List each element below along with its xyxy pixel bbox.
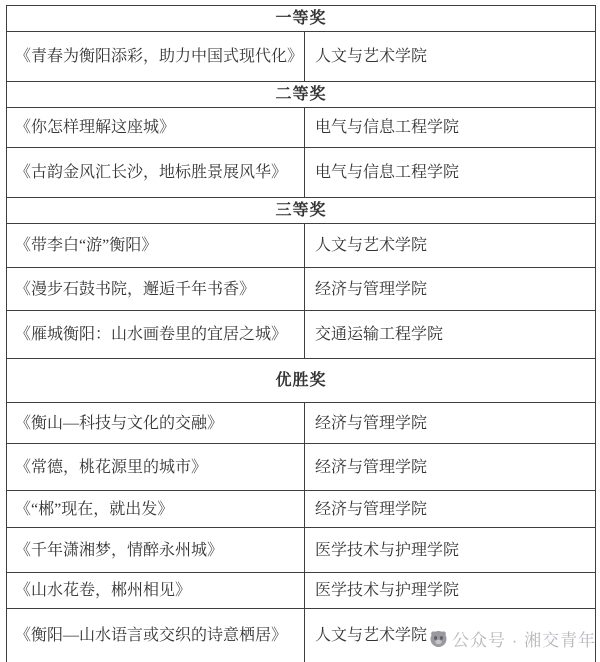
page: 一等奖 《青春为衡阳添彩，助力中国式现代化》 人文与艺术学院 二等奖 《你怎样理…: [0, 0, 600, 662]
entry-college-cell: 经济与管理学院: [305, 491, 596, 528]
entry-college-cell: 电气与信息工程学院: [305, 148, 596, 198]
table-row: 《“郴”现在，就出发》 经济与管理学院: [7, 491, 596, 528]
entry-title-cell: 《漫步石鼓书院，邂逅千年书香》: [7, 268, 305, 311]
table-row: 《青春为衡阳添彩，助力中国式现代化》 人文与艺术学院: [7, 32, 596, 82]
entry-college-cell: 人文与艺术学院: [305, 32, 596, 82]
table-row: 《漫步石鼓书院，邂逅千年书香》 经济与管理学院: [7, 268, 596, 311]
table-row: 《常德，桃花源里的城市》 经济与管理学院: [7, 444, 596, 491]
entry-title-cell: 《你怎样理解这座城》: [7, 108, 305, 148]
entry-title-cell: 《带李白“游”衡阳》: [7, 224, 305, 268]
table-row: 《古韵金风汇长沙，地标胜景展风华》 电气与信息工程学院: [7, 148, 596, 198]
entry-title-cell: 《雁城衡阳：山水画卷里的宜居之城》: [7, 311, 305, 359]
entry-title-cell: 《衡山—科技与文化的交融》: [7, 403, 305, 444]
entry-title-cell: 《青春为衡阳添彩，助力中国式现代化》: [7, 32, 305, 82]
entry-title-cell: 《千年潇湘梦，情醉永州城》: [7, 528, 305, 573]
entry-college-cell: 经济与管理学院: [305, 403, 596, 444]
entry-college-cell: 人文与艺术学院: [305, 224, 596, 268]
entry-college-cell: 电气与信息工程学院: [305, 108, 596, 148]
entry-title-cell: 《常德，桃花源里的城市》: [7, 444, 305, 491]
entry-title-cell: 《“郴”现在，就出发》: [7, 491, 305, 528]
table-row: 《雁城衡阳：山水画卷里的宜居之城》 交通运输工程学院: [7, 311, 596, 359]
entry-title-cell: 《衡阳—山水语言或交织的诗意栖居》: [7, 609, 305, 662]
table-row: 《山水花卷，郴州相见》 医学技术与护理学院: [7, 573, 596, 609]
table-row: 《衡山—科技与文化的交融》 经济与管理学院: [7, 403, 596, 444]
award-section-header: 优胜奖: [7, 359, 596, 403]
awards-table: 一等奖 《青春为衡阳添彩，助力中国式现代化》 人文与艺术学院 二等奖 《你怎样理…: [6, 5, 596, 662]
entry-college-cell: 医学技术与护理学院: [305, 528, 596, 573]
entry-college-cell: 医学技术与护理学院: [305, 573, 596, 609]
table-row: 《千年潇湘梦，情醉永州城》 医学技术与护理学院: [7, 528, 596, 573]
entry-college-cell: 经济与管理学院: [305, 268, 596, 311]
award-section-header: 二等奖: [7, 82, 596, 108]
table-row: 《你怎样理解这座城》 电气与信息工程学院: [7, 108, 596, 148]
award-section-header: 一等奖: [7, 6, 596, 32]
table-row: 《带李白“游”衡阳》 人文与艺术学院: [7, 224, 596, 268]
entry-college-cell: 人文与艺术学院: [305, 609, 596, 662]
entry-title-cell: 《山水花卷，郴州相见》: [7, 573, 305, 609]
entry-title-cell: 《古韵金风汇长沙，地标胜景展风华》: [7, 148, 305, 198]
award-section-header: 三等奖: [7, 198, 596, 224]
entry-college-cell: 经济与管理学院: [305, 444, 596, 491]
table-row: 《衡阳—山水语言或交织的诗意栖居》 人文与艺术学院: [7, 609, 596, 662]
entry-college-cell: 交通运输工程学院: [305, 311, 596, 359]
